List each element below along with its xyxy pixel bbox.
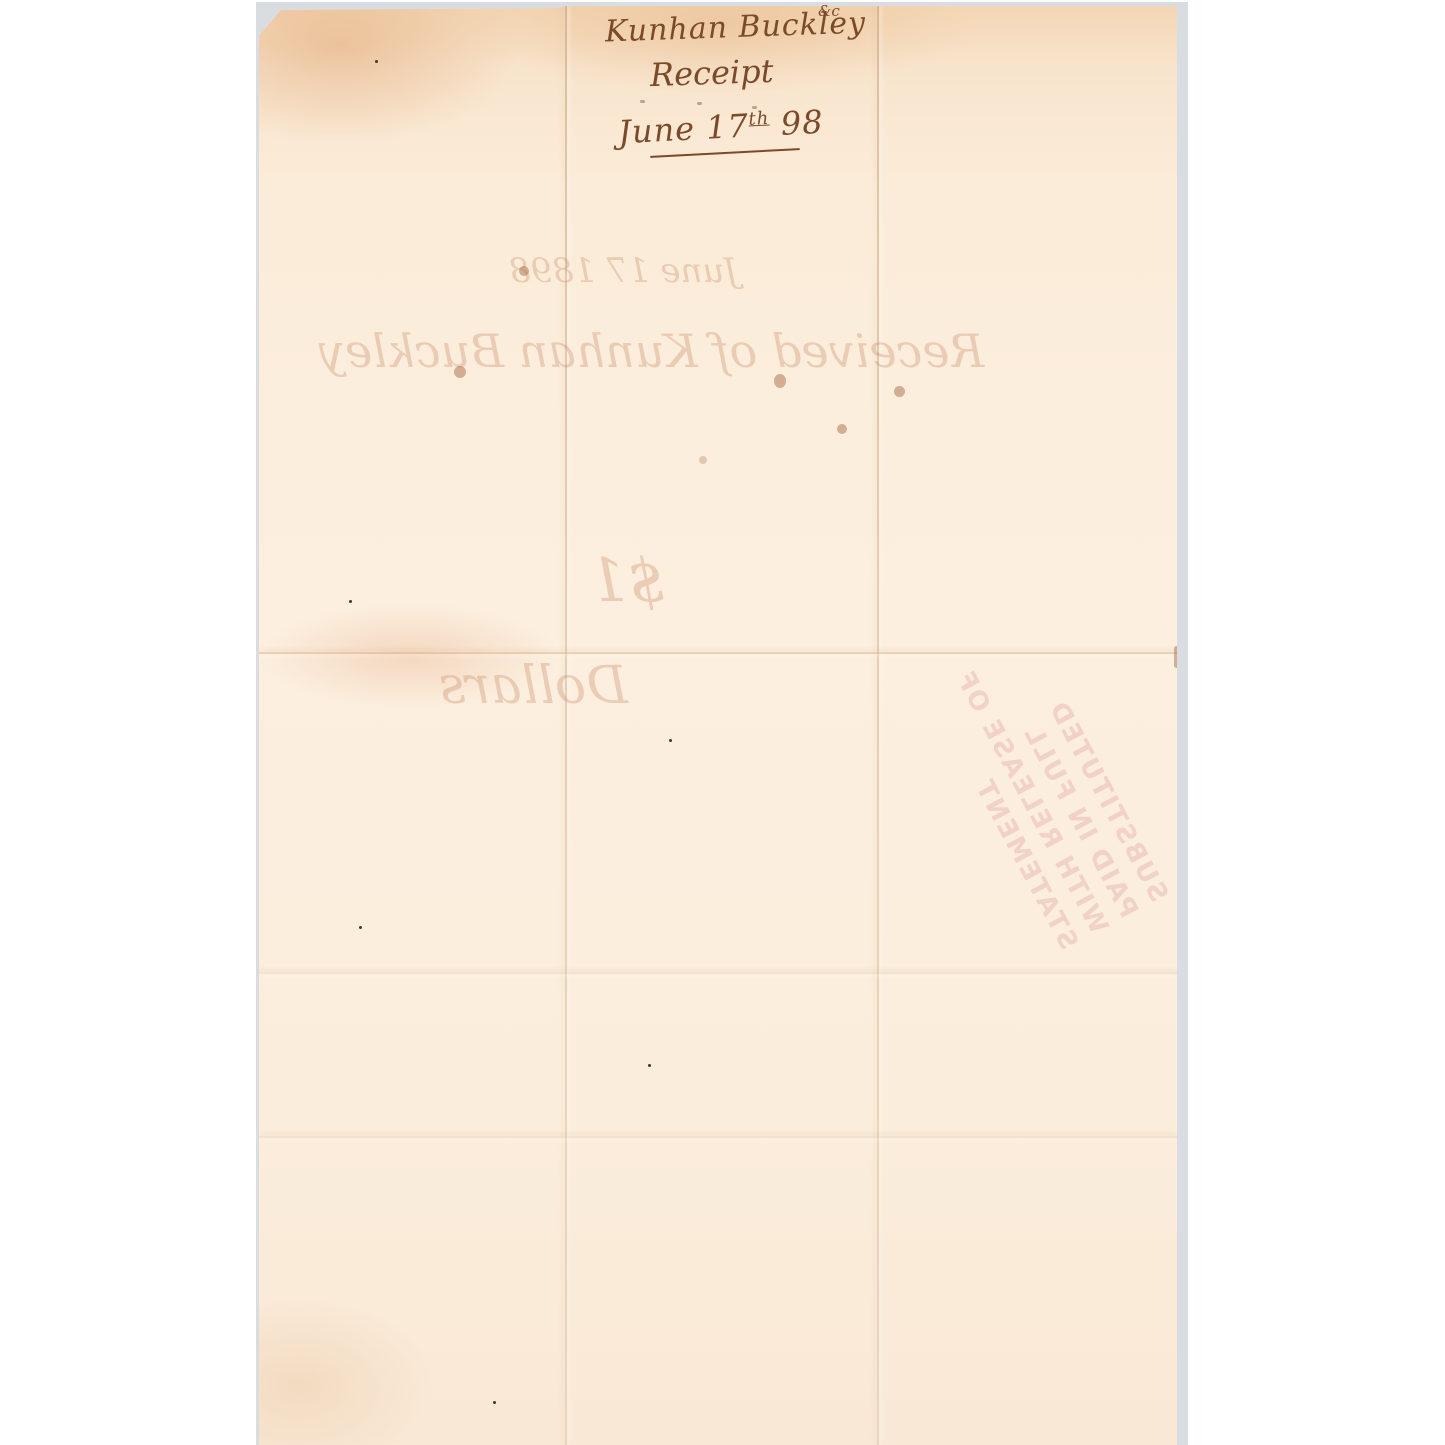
ink-spot [894,386,905,397]
stamp-show-through: SUBSTITUTED PAID IN FULL WITH RELEASE OF… [917,632,1175,956]
speck [648,1064,651,1067]
paper-sheet: June 17 1898 Received of Kunhan Buckley … [259,6,1177,1445]
ink-spot [454,366,466,378]
vertical-fold-left [565,6,567,1445]
annotation-title: Receipt [649,52,774,94]
ink-spot [519,266,529,276]
show-through-received: Received of Kunhan Buckley [319,324,984,378]
horizontal-crease [259,972,1177,974]
show-through-amount: $1 [589,546,665,616]
show-through-dollars: Dollars [439,656,628,716]
annotation-mark: &c [818,2,840,20]
ink-spot [837,424,847,434]
date-month-day: June 17 [617,107,750,152]
speck [349,600,352,603]
speck [669,739,672,742]
speck [359,926,362,929]
ink-spot [699,456,707,464]
horizontal-crease-lower [259,1136,1177,1138]
pin-hole [697,102,702,105]
speck [375,60,378,63]
vertical-fold-right [877,6,879,1445]
date-year: 98 [780,103,825,143]
speck [493,1401,496,1404]
show-through-date: June 17 1898 [509,251,738,291]
date-suffix: th [748,108,770,130]
ink-spot [774,374,786,388]
pin-hole [640,100,645,103]
